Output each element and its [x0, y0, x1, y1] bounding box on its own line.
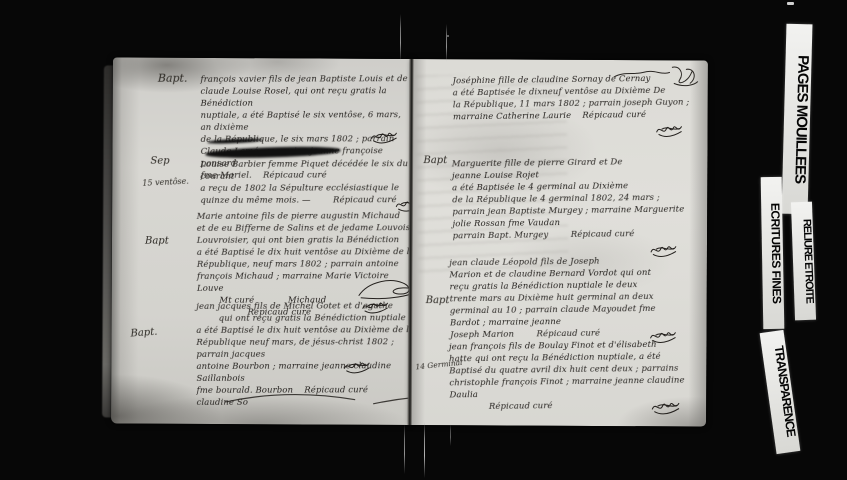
margin-note-bapt-1: Bapt.	[158, 72, 188, 85]
margin-note-bapt-2: Bapt	[145, 236, 169, 247]
film-scratch	[446, 24, 447, 62]
signature-paraph	[371, 129, 399, 145]
condition-label-pages-mouillees: PAGES MOUILLEES	[782, 24, 813, 215]
signature-paraph	[656, 122, 684, 138]
film-speck	[787, 2, 794, 5]
margin-note-sep: Sep	[150, 156, 169, 167]
film-scratch	[450, 424, 451, 446]
baptism-entry-marguerite: Marguerite fille de pierre Girard et De …	[452, 155, 698, 242]
film-speck	[447, 35, 449, 37]
register-spread: Bapt. Sep 15 ventôse. Bapt Bapt. françoi…	[111, 57, 708, 426]
condition-label-reliure-etroite: RELIURE ETROITE	[791, 202, 816, 321]
film-scratch	[400, 14, 401, 62]
condition-label-ecritures-fines: ECRITURES FINES	[761, 177, 785, 329]
corner-scribble	[610, 63, 702, 91]
signature-paraph	[343, 359, 371, 375]
condition-label-transparence: TRANSPARENCE	[760, 330, 801, 454]
margin-note-bapt-r2: Bapt	[426, 295, 450, 306]
film-scratch	[424, 422, 425, 478]
signature-paraph	[650, 242, 678, 258]
margin-note-bapt-r1: Bapt	[423, 155, 447, 166]
burial-entry-louise-barbier: Louise Barbier femme Piquet décédée le s…	[200, 158, 418, 207]
margin-note-bapt-3: Bapt.	[130, 327, 158, 340]
signature-paraph	[362, 299, 390, 315]
left-page: Bapt. Sep 15 ventôse. Bapt Bapt. françoi…	[111, 57, 412, 425]
margin-note-15-ventose: 15 ventôse.	[142, 177, 189, 188]
signature-paraph	[651, 398, 681, 416]
film-scratch	[404, 424, 405, 474]
signature-paraph	[649, 328, 677, 344]
